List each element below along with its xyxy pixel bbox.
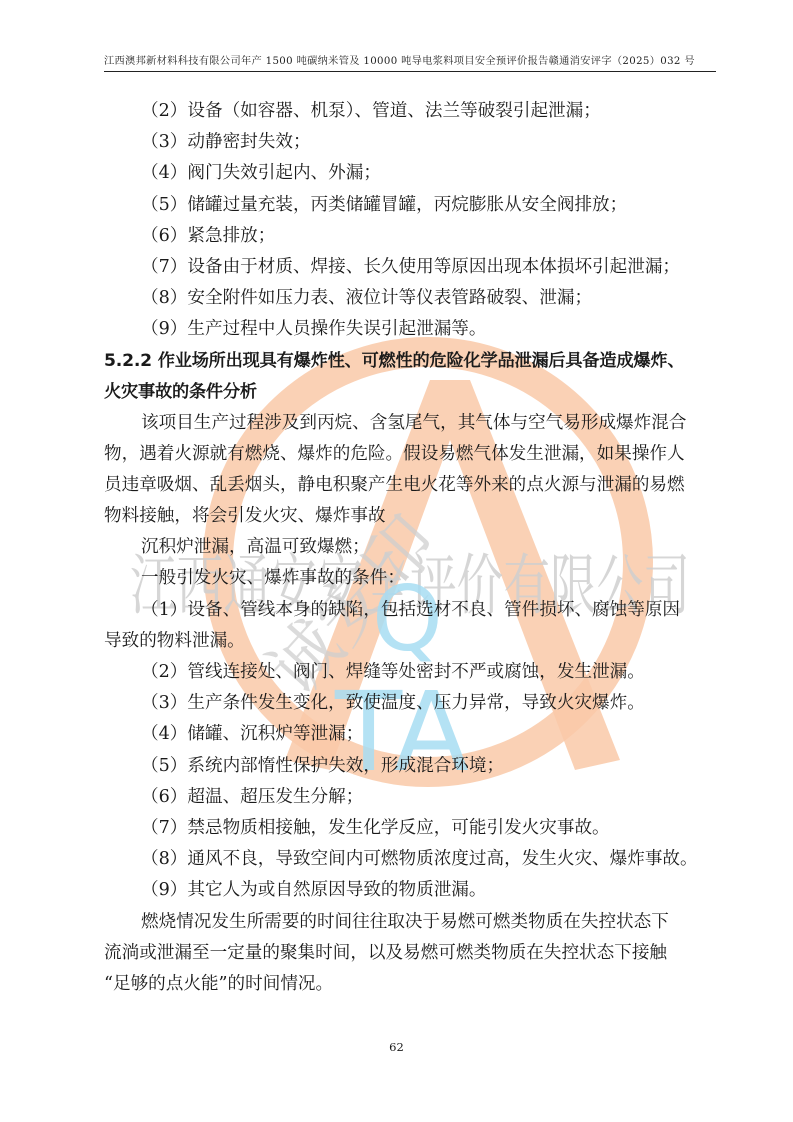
conditions-intro: 一般引发火灾、爆炸事故的条件： [104, 563, 720, 594]
document-page: 江西通安安全评价有限公司 诚安印 Q TA 江西澳邦新材料科技有限公司年产 15… [0, 0, 793, 1122]
list-item: （7）禁忌物质相接触，发生化学反应，可能引发火灾事故。 [104, 813, 720, 844]
list-item: （4）阀门失效引起内、外漏； [104, 158, 720, 189]
list-item: （6）紧急排放； [104, 221, 720, 252]
list-item: （8）安全附件如压力表、液位计等仪表管路破裂、泄漏； [104, 283, 720, 314]
page-body: （2）设备（如容器、机泵）、管道、法兰等破裂引起泄漏； （3）动静密封失效； （… [104, 96, 720, 1000]
paragraph-line: 员违章吸烟、乱丢烟头，静电积聚产生电火花等外来的点火源与泄漏的易燃 [104, 470, 720, 501]
paragraph-line: 该项目生产过程涉及到丙烷、含氢尾气，其气体与空气易形成爆炸混合 [104, 408, 720, 439]
list-item: （2）设备（如容器、机泵）、管道、法兰等破裂引起泄漏； [104, 96, 720, 127]
list-item: （9）其它人为或自然原因导致的物质泄漏。 [104, 875, 720, 906]
paragraph-line: 流淌或泄漏至一定量的聚集时间，以及易燃可燃类物质在失控状态下接触 [104, 938, 720, 969]
list-item: （5）系统内部惰性保护失效，形成混合环境； [104, 751, 720, 782]
list-item: （7）设备由于材质、焊接、长久使用等原因出现本体损坏引起泄漏； [104, 252, 720, 283]
paragraph-line: 沉积炉泄漏，高温可致爆燃； [104, 532, 720, 563]
list-item: （3）动静密封失效； [104, 127, 720, 158]
list-item: （6）超温、超压发生分解； [104, 782, 720, 813]
running-header: 江西澳邦新材料科技有限公司年产 1500 吨碳纳米管及 10000 吨导电浆料项… [104, 55, 716, 72]
list-item: （8）通风不良，导致空间内可燃物质浓度过高，发生火灾、爆炸事故。 [104, 844, 720, 875]
list-item-continued: 导致的物料泄漏。 [104, 626, 720, 657]
paragraph-line: “足够的点火能”的时间情况。 [104, 969, 720, 1000]
paragraph-line: 物料接触，将会引发火灾、爆炸事故 [104, 501, 720, 532]
list-item: （3）生产条件发生变化，致使温度、压力异常，导致火灾爆炸。 [104, 688, 720, 719]
list-item: （2）管线连接处、阀门、焊缝等处密封不严或腐蚀，发生泄漏。 [104, 657, 720, 688]
section-heading-continued: 火灾事故的条件分析 [104, 377, 720, 408]
paragraph-line: 物，遇着火源就有燃烧、爆炸的危险。假设易燃气体发生泄漏，如果操作人 [104, 439, 720, 470]
list-item: （5）储罐过量充装，丙类储罐冒罐，丙烷膨胀从安全阀排放； [104, 190, 720, 221]
list-item: （4）储罐、沉积炉等泄漏； [104, 719, 720, 750]
list-item: （1）设备、管线本身的缺陷，包括选材不良、管件损坏、腐蚀等原因 [104, 595, 720, 626]
section-heading: 5.2.2 作业场所出现具有爆炸性、可燃性的危险化学品泄漏后具备造成爆炸、 [104, 346, 720, 377]
page-number: 62 [0, 1040, 793, 1054]
paragraph-line: 燃烧情况发生所需要的时间往往取决于易燃可燃类物质在失控状态下 [104, 907, 720, 938]
list-item: （9）生产过程中人员操作失误引起泄漏等。 [104, 314, 720, 345]
